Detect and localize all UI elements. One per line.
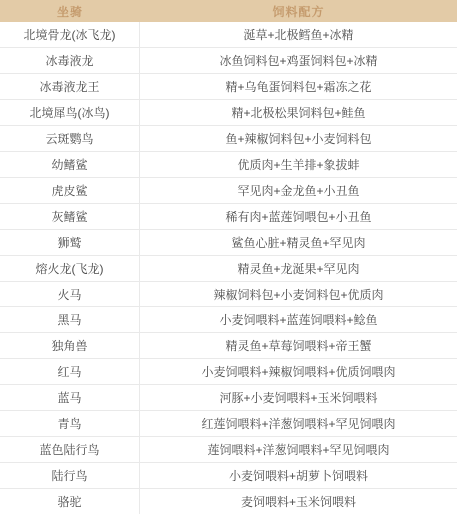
- mount-name: 陆行鸟: [0, 463, 140, 488]
- table-row: 陆行鸟小麦饲喂料+胡萝卜饲喂料: [0, 463, 457, 489]
- mount-name: 虎皮鲨: [0, 178, 140, 203]
- feed-recipe: 麦饲喂料+玉米饲喂料: [140, 489, 457, 514]
- feed-recipe: 小麦饲喂料+蓝莲饲喂料+鲶鱼: [140, 307, 457, 332]
- feed-recipe: 精灵鱼+草莓饲喂料+帝王蟹: [140, 333, 457, 358]
- table-row: 北境骨龙(冰飞龙)涎草+北极鳕鱼+冰精: [0, 22, 457, 48]
- feed-recipe: 莲饲喂料+洋葱饲喂料+罕见饲喂肉: [140, 437, 457, 462]
- table-row: 冰毒液龙王精+乌龟蛋饲料包+霜冻之花: [0, 74, 457, 100]
- mount-name: 火马: [0, 282, 140, 307]
- feed-recipe: 小麦饲喂料+辣椒饲喂料+优质饲喂肉: [140, 359, 457, 384]
- mount-feed-table: 坐骑 饲料配方 北境骨龙(冰飞龙)涎草+北极鳕鱼+冰精冰毒液龙冰鱼饲料包+鸡蛋饲…: [0, 0, 457, 514]
- column-header-recipe: 饲料配方: [140, 0, 457, 22]
- feed-recipe: 涎草+北极鳕鱼+冰精: [140, 22, 457, 47]
- feed-recipe: 精+乌龟蛋饲料包+霜冻之花: [140, 74, 457, 99]
- mount-name: 云斑鹦鸟: [0, 126, 140, 151]
- feed-recipe: 冰鱼饲料包+鸡蛋饲料包+冰精: [140, 48, 457, 73]
- feed-recipe: 精+北极松果饲料包+鲑鱼: [140, 100, 457, 125]
- feed-recipe: 小麦饲喂料+胡萝卜饲喂料: [140, 463, 457, 488]
- table-row: 熔火龙(飞龙)精灵鱼+龙涎果+罕见肉: [0, 256, 457, 282]
- mount-name: 黑马: [0, 307, 140, 332]
- table-row: 云斑鹦鸟鱼+辣椒饲料包+小麦饲料包: [0, 126, 457, 152]
- mount-name: 灰鳍鲨: [0, 204, 140, 229]
- mount-name: 独角兽: [0, 333, 140, 358]
- table-row: 青鸟红莲饲喂料+洋葱饲喂料+罕见饲喂肉: [0, 411, 457, 437]
- table-row: 黑马小麦饲喂料+蓝莲饲喂料+鲶鱼: [0, 307, 457, 333]
- feed-recipe: 辣椒饲料包+小麦饲料包+优质肉: [140, 282, 457, 307]
- table-row: 虎皮鲨罕见肉+金龙鱼+小丑鱼: [0, 178, 457, 204]
- table-row: 骆驼麦饲喂料+玉米饲喂料: [0, 489, 457, 514]
- table-row: 北境犀鸟(冰鸟)精+北极松果饲料包+鲑鱼: [0, 100, 457, 126]
- mount-name: 蓝色陆行鸟: [0, 437, 140, 462]
- mount-name: 蓝马: [0, 385, 140, 410]
- column-header-mount: 坐骑: [0, 0, 140, 22]
- mount-name: 幼鳍鲨: [0, 152, 140, 177]
- table-row: 独角兽精灵鱼+草莓饲喂料+帝王蟹: [0, 333, 457, 359]
- mount-name: 冰毒液龙王: [0, 74, 140, 99]
- mount-name: 北境骨龙(冰飞龙): [0, 22, 140, 47]
- mount-name: 狮鹫: [0, 230, 140, 255]
- mount-name: 青鸟: [0, 411, 140, 436]
- table-row: 灰鳍鲨稀有肉+蓝莲饲喂包+小丑鱼: [0, 204, 457, 230]
- feed-recipe: 稀有肉+蓝莲饲喂包+小丑鱼: [140, 204, 457, 229]
- feed-recipe: 鱼+辣椒饲料包+小麦饲料包: [140, 126, 457, 151]
- feed-recipe: 精灵鱼+龙涎果+罕见肉: [140, 256, 457, 281]
- table-row: 蓝马河豚+小麦饲喂料+玉米饲喂料: [0, 385, 457, 411]
- feed-recipe: 河豚+小麦饲喂料+玉米饲喂料: [140, 385, 457, 410]
- mount-name: 熔火龙(飞龙): [0, 256, 140, 281]
- table-row: 冰毒液龙冰鱼饲料包+鸡蛋饲料包+冰精: [0, 48, 457, 74]
- feed-recipe: 红莲饲喂料+洋葱饲喂料+罕见饲喂肉: [140, 411, 457, 436]
- table-row: 狮鹫鲨鱼心脏+精灵鱼+罕见肉: [0, 230, 457, 256]
- feed-recipe: 罕见肉+金龙鱼+小丑鱼: [140, 178, 457, 203]
- mount-name: 北境犀鸟(冰鸟): [0, 100, 140, 125]
- mount-name: 红马: [0, 359, 140, 384]
- feed-recipe: 优质肉+生羊排+象拔蚌: [140, 152, 457, 177]
- table-row: 红马小麦饲喂料+辣椒饲喂料+优质饲喂肉: [0, 359, 457, 385]
- table-body: 北境骨龙(冰飞龙)涎草+北极鳕鱼+冰精冰毒液龙冰鱼饲料包+鸡蛋饲料包+冰精冰毒液…: [0, 22, 457, 514]
- mount-name: 骆驼: [0, 489, 140, 514]
- table-row: 火马辣椒饲料包+小麦饲料包+优质肉: [0, 282, 457, 308]
- table-header-row: 坐骑 饲料配方: [0, 0, 457, 22]
- feed-recipe: 鲨鱼心脏+精灵鱼+罕见肉: [140, 230, 457, 255]
- table-row: 幼鳍鲨优质肉+生羊排+象拔蚌: [0, 152, 457, 178]
- mount-name: 冰毒液龙: [0, 48, 140, 73]
- table-row: 蓝色陆行鸟莲饲喂料+洋葱饲喂料+罕见饲喂肉: [0, 437, 457, 463]
